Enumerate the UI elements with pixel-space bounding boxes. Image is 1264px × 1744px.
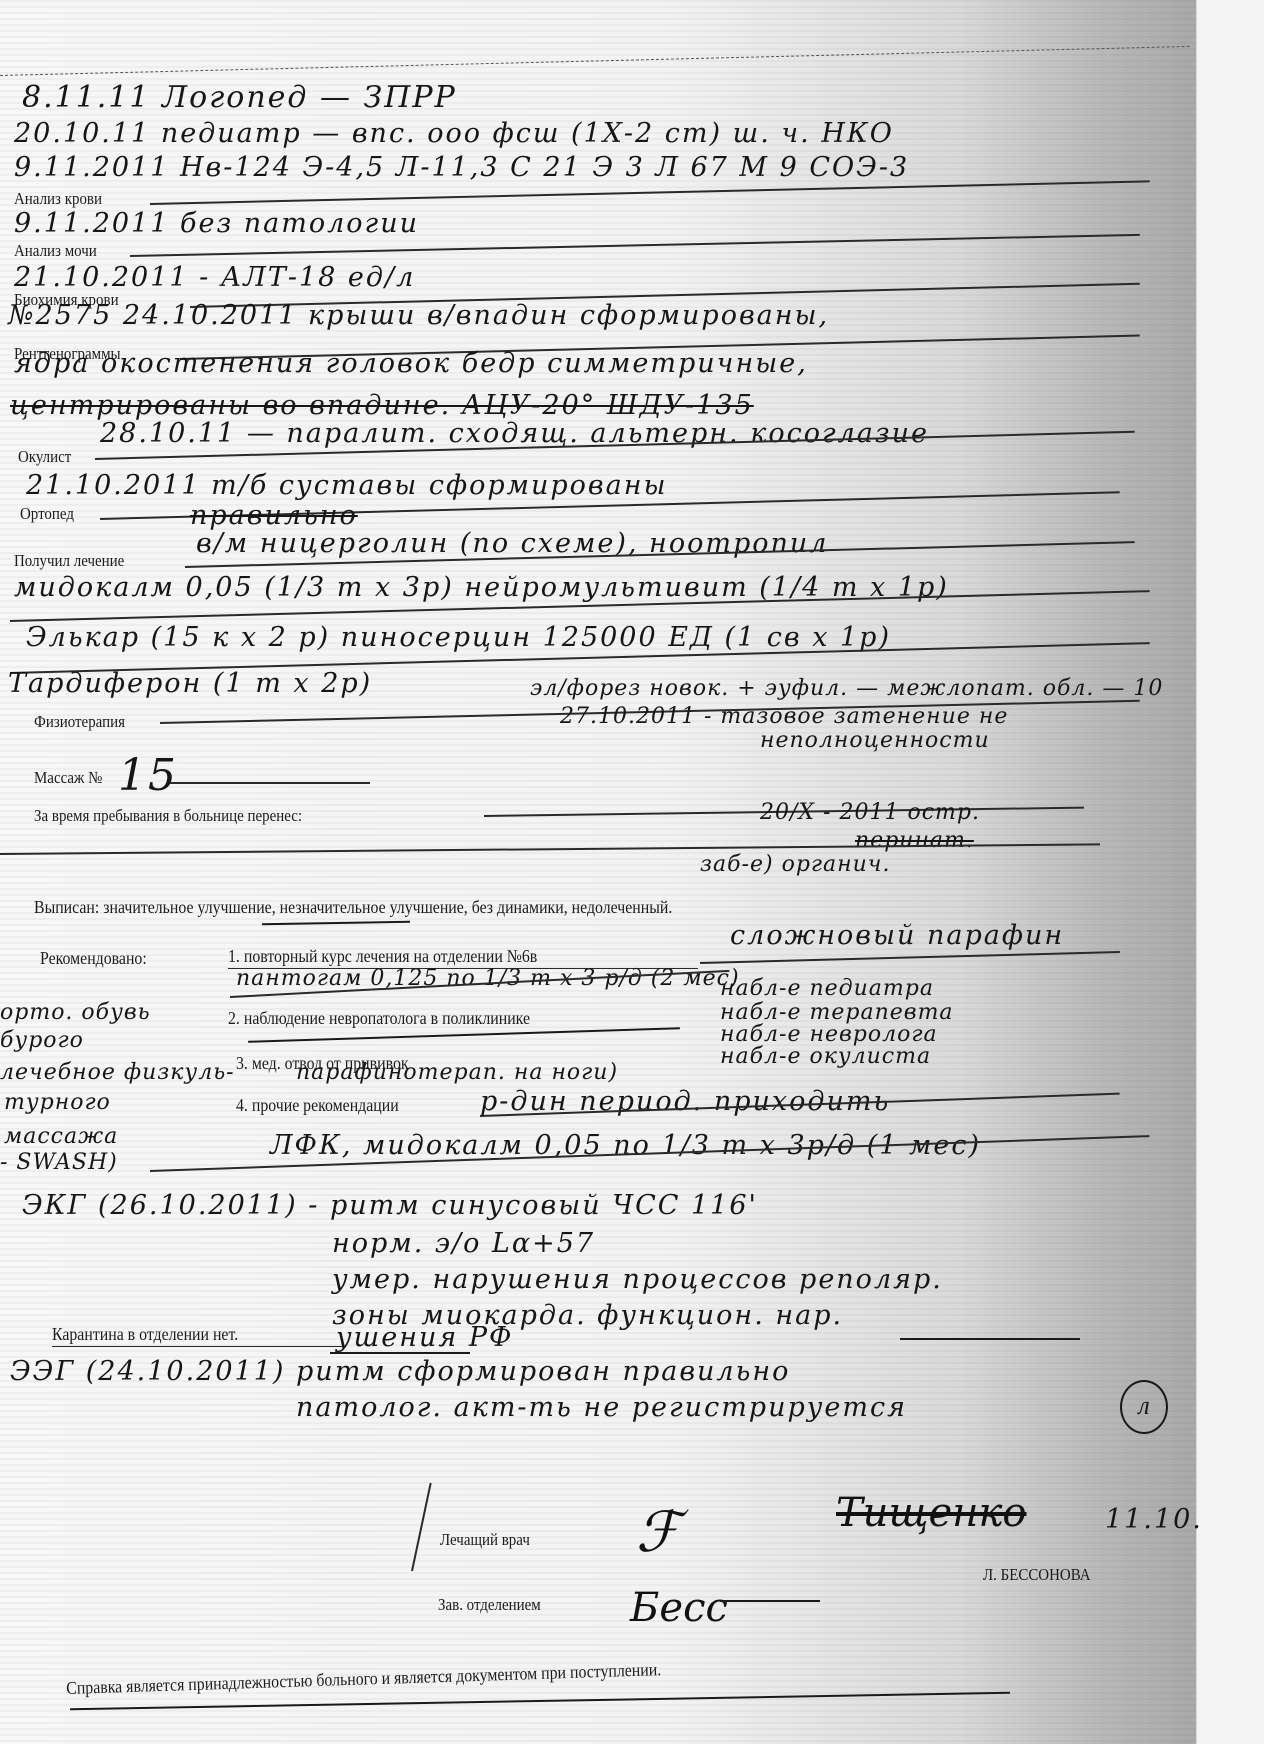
handwritten-ecg-1: ЭКГ (26.10.2011) - ритм синусовый ЧСС 11… [22, 1190, 758, 1221]
handwritten-biochemistry: 21.10.2011 - АЛТ-18 ед/л [14, 262, 415, 293]
handwritten-physiotherapy-3: неполноценности [760, 728, 990, 753]
label-head-of-department: Зав. отделением [438, 1595, 541, 1615]
handwritten-rec-2-note: набл-е педиатра [720, 976, 934, 1001]
handwritten-massage-number: 15 [118, 750, 178, 801]
label-recommended: Рекомендовано: [40, 948, 147, 969]
doctor-signature: Тищенко [836, 1490, 1026, 1536]
handwritten-rec-1-med: пантогам 0,125 по 1/3 т х 3 р/д (2 мес) [236, 966, 740, 991]
handwritten-pediatrician: 20.10.11 педиатр — впс. ооо фсш (1Х-2 ст… [14, 118, 894, 149]
handwritten-eeg-2: патолог. акт-ть не регистрируется [296, 1392, 907, 1423]
handwritten-rec-2-note: набл-е окулиста [720, 1044, 931, 1069]
handwritten-rec-1-note: сложновый парафин [730, 920, 1064, 951]
handwritten-physiotherapy-2: 27.10.2011 - тазовое затенение не [560, 704, 1008, 729]
ecg-5-underline [330, 1352, 470, 1354]
head-signature-underline [720, 1600, 820, 1602]
handwritten-eeg-1: ЭЭГ (24.10.2011) ритм сформирован правил… [10, 1356, 790, 1387]
handwritten-urine-test: 9.11.2011 без патологии [14, 208, 419, 239]
label-blood-test: Анализ крови [14, 189, 102, 209]
margin-note-line: бурого [0, 1028, 84, 1053]
label-attending-doctor: Лечащий врач [440, 1530, 530, 1550]
label-ophthalmologist: Окулист [18, 447, 71, 467]
label-orthopedist: Ортопед [20, 504, 74, 524]
handwritten-ophthalmologist: 28.10.11 — паралит. сходящ. альтерн. кос… [100, 418, 929, 449]
handwritten-treatment-1: в/м ницерголин (по схеме), ноотропил [196, 528, 828, 559]
handwritten-treatment-3: Элькар (15 к х 2 р) пиносерцин 125000 ЕД… [26, 622, 891, 653]
label-rec-2: 2. наблюдение невропатолога в поликлиник… [228, 1008, 530, 1029]
handwritten-xray-2: ядра окостенения головок бедр симметричн… [14, 348, 808, 379]
handwritten-ecg-3: умер. нарушения процессов реполяр. [332, 1264, 943, 1295]
signature-date: 11.10. [1105, 1504, 1203, 1535]
circled-mark: л [1120, 1380, 1168, 1434]
handwritten-illness-3: заб-е) органич. [700, 852, 890, 877]
margin-note-line: массажа [4, 1124, 118, 1149]
handwritten-illness-1: 20/X - 2011 остр. [760, 800, 980, 825]
handwritten-orthopedist-2: правильно [190, 500, 358, 531]
ecg-underline [900, 1338, 1080, 1340]
label-illness-during-stay: За время пребывания в больнице перенес: [34, 806, 302, 826]
margin-note-line: - SWASH) [0, 1150, 118, 1175]
label-discharged: Выписан: значительное улучшение, незначи… [34, 897, 672, 918]
handwritten-illness-2: перинат. [855, 828, 974, 853]
handwritten-blood-test: 9.11.2011 Нв-124 Э-4,5 Л-11,3 С 21 Э 3 Л… [14, 152, 909, 183]
handwritten-ecg-2: норм. э/о Lα+57 [332, 1228, 595, 1259]
margin-note-line: турного [4, 1090, 111, 1115]
label-treatment-received: Получил лечение [14, 551, 124, 571]
handwritten-ecg-5: ушения РФ [336, 1322, 513, 1353]
margin-note-line: лечебное физкуль- [0, 1060, 235, 1085]
label-urine-test: Анализ мочи [14, 241, 97, 261]
label-quarantine: Карантина в отделении нет. [52, 1324, 238, 1345]
handwritten-orthopedist-1: 21.10.2011 т/б суставы сформированы [26, 470, 668, 501]
massage-line [170, 782, 370, 784]
handwritten-xray-3: центрированы во впадине. АЦУ-20° ШДУ-135 [10, 390, 754, 421]
stamp-name: Л. БЕССОНОВА [983, 1565, 1091, 1585]
handwritten-speech-therapist: 8.11.11 Логопед — ЗПРР [22, 80, 457, 115]
label-rec-4: 4. прочие рекомендации [236, 1095, 399, 1116]
label-physiotherapy: Физиотерапия [34, 712, 125, 732]
head-signature: Бесс [630, 1585, 728, 1631]
margin-note-line: орто. обувь [0, 1000, 151, 1025]
label-rec-1: 1. повторный курс лечения на отделении №… [228, 946, 537, 967]
quarantine-line [52, 1346, 342, 1347]
label-massage-no: Массаж № [34, 768, 102, 788]
handwritten-xray-1: №2575 24.10.2011 крыши в/впадин сформиро… [8, 300, 829, 331]
attending-doctor-signature: ℱ [636, 1500, 680, 1565]
handwritten-rec-3-note: парафинотерап. на ноги) [296, 1060, 618, 1085]
handwritten-physiotherapy-1b: эл/форез новок. + эуфил. — межлопат. обл… [530, 676, 1163, 701]
scan-edge [1196, 0, 1264, 1744]
handwritten-treatment-4: Тардиферон (1 т х 2р) [8, 668, 372, 699]
